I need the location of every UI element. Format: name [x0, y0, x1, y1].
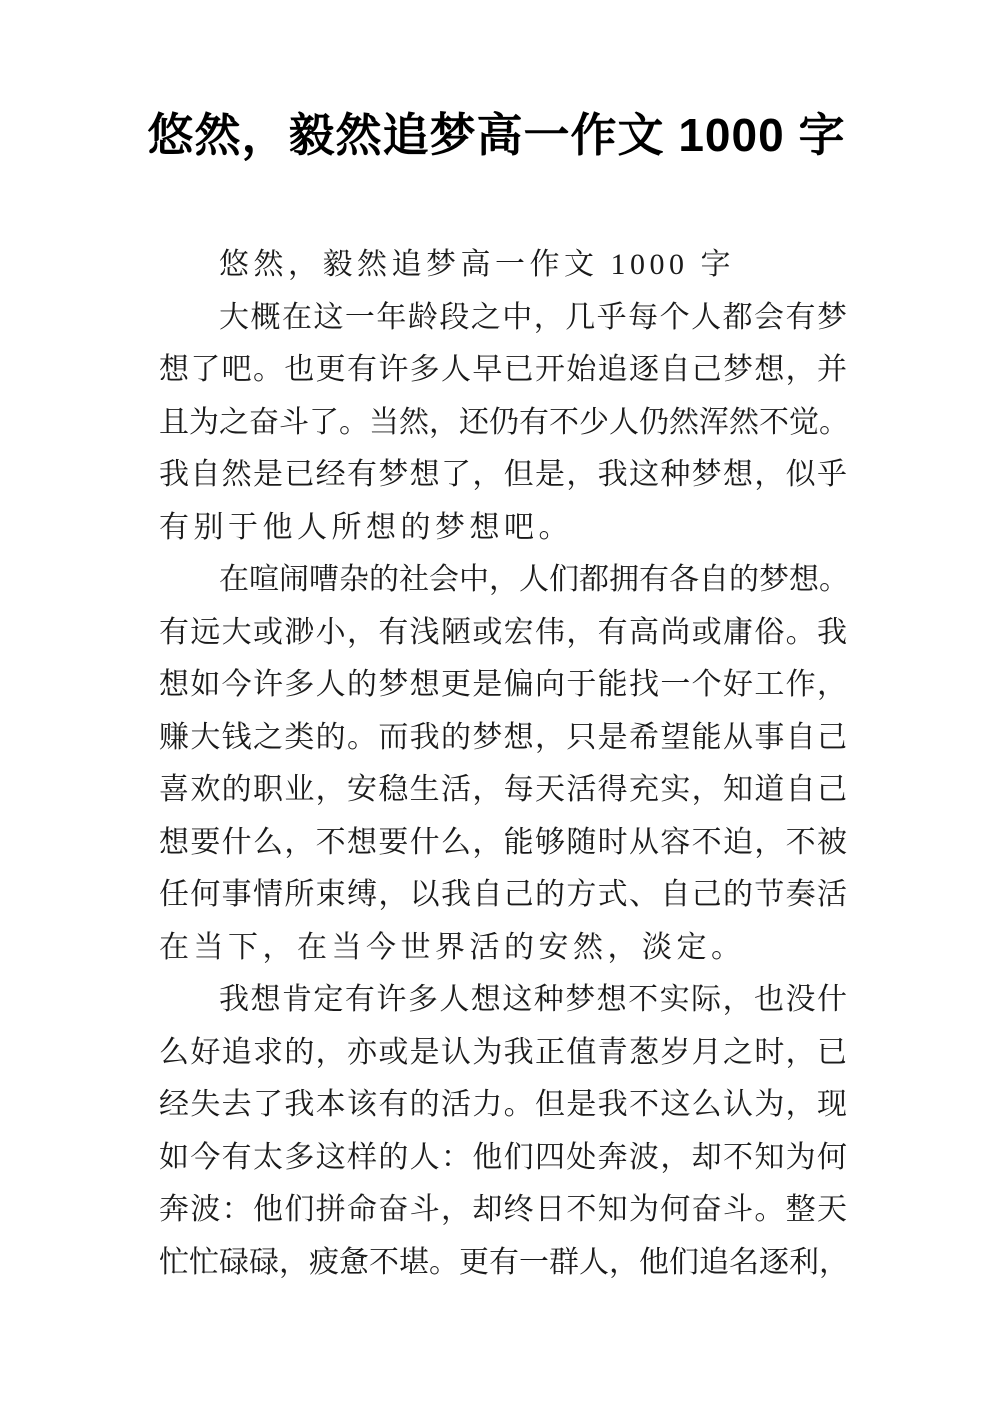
text-line: 有远大或渺小，有浅陋或宏伟，有高尚或庸俗。我: [159, 607, 847, 660]
document-page: 悠然，毅然追梦高一作文 1000 字 悠然，毅然追梦高一作文 1000 字 大概…: [0, 0, 993, 1404]
text-line: 有别于他人所想的梦想吧。: [159, 502, 847, 555]
text-line: 在喧闹嘈杂的社会中，人们都拥有各自的梦想。: [159, 554, 847, 607]
text-line: 想了吧。也更有许多人早已开始追逐自己梦想，并: [159, 344, 847, 397]
text-line: 在当下，在当今世界活的安然，淡定。: [159, 922, 847, 975]
text-line: 悠然，毅然追梦高一作文 1000 字: [159, 239, 847, 292]
text-line: 忙忙碌碌，疲惫不堪。更有一群人，他们追名逐利，: [159, 1237, 847, 1290]
text-line: 想如今许多人的梦想更是偏向于能找一个好工作，: [159, 659, 847, 712]
text-line: 我自然是已经有梦想了，但是，我这种梦想，似乎: [159, 449, 847, 502]
text-line: 么好追求的，亦或是认为我正值青葱岁月之时，已: [159, 1027, 847, 1080]
text-line: 任何事情所束缚，以我自己的方式、自己的节奏活: [159, 869, 847, 922]
text-line: 且为之奋斗了。当然，还仍有不少人仍然浑然不觉。: [159, 397, 847, 450]
text-line: 大概在这一年龄段之中，几乎每个人都会有梦: [159, 292, 847, 345]
text-line: 如今有太多这样的人：他们四处奔波，却不知为何: [159, 1132, 847, 1185]
document-body: 悠然，毅然追梦高一作文 1000 字 大概在这一年龄段之中，几乎每个人都会有梦 …: [159, 239, 847, 1289]
paragraph: 大概在这一年龄段之中，几乎每个人都会有梦 想了吧。也更有许多人早已开始追逐自己梦…: [159, 292, 847, 555]
text-line: 想要什么，不想要什么，能够随时从容不迫，不被: [159, 817, 847, 870]
paragraph: 在喧闹嘈杂的社会中，人们都拥有各自的梦想。 有远大或渺小，有浅陋或宏伟，有高尚或…: [159, 554, 847, 974]
document-title: 悠然，毅然追梦高一作文 1000 字: [0, 104, 993, 166]
text-line: 奔波：他们拼命奋斗，却终日不知为何奋斗。整天: [159, 1184, 847, 1237]
text-line: 赚大钱之类的。而我的梦想，只是希望能从事自己: [159, 712, 847, 765]
text-line: 喜欢的职业，安稳生活，每天活得充实，知道自己: [159, 764, 847, 817]
paragraph-intro: 悠然，毅然追梦高一作文 1000 字: [159, 239, 847, 292]
text-line: 经失去了我本该有的活力。但是我不这么认为，现: [159, 1079, 847, 1132]
text-line: 我想肯定有许多人想这种梦想不实际，也没什: [159, 974, 847, 1027]
paragraph: 我想肯定有许多人想这种梦想不实际，也没什 么好追求的，亦或是认为我正值青葱岁月之…: [159, 974, 847, 1289]
